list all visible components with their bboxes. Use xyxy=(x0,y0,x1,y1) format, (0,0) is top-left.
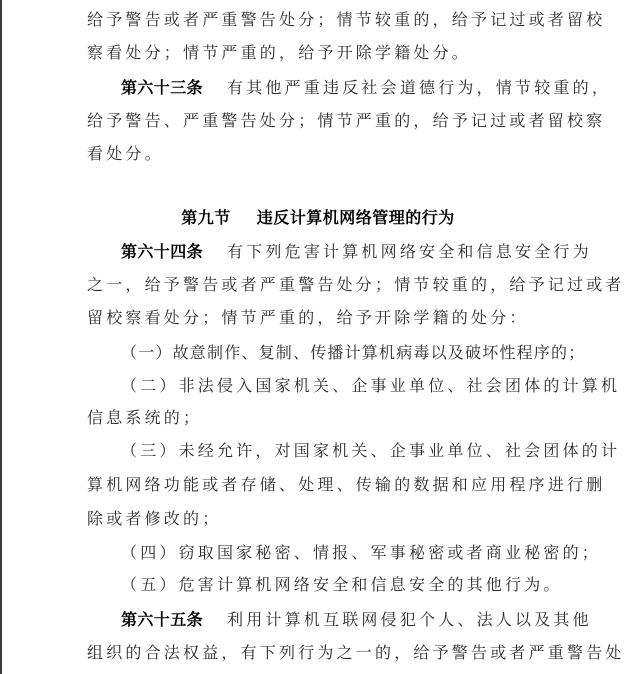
list-item: （二）非法侵入国家机关、企事业单位、社会团体的计算机 xyxy=(121,377,561,395)
article-label: 第六十四条 xyxy=(121,242,203,261)
paragraph-line: 之一，给予警告或者严重警告处分；情节较重的，给予记过或者 xyxy=(87,276,557,294)
paragraph-line: 组织的合法权益，有下列行为之一的，给予警告或者严重警告处 xyxy=(87,644,557,662)
paragraph-line: 察看处分；情节严重的，给予开除学籍处分。 xyxy=(87,44,557,62)
section-number: 第九节 xyxy=(181,208,231,227)
section-heading: 第九节违反计算机网络管理的行为 xyxy=(0,209,636,227)
list-item: （一）故意制作、复制、传播计算机病毒以及破坏性程序的； xyxy=(121,344,561,362)
article-label: 第六十五条 xyxy=(121,610,203,629)
article-text: 利用计算机互联网侵犯个人、法人以及其他 xyxy=(227,610,592,629)
article-65-line: 第六十五条利用计算机互联网侵犯个人、法人以及其他 xyxy=(121,611,561,629)
section-title: 违反计算机网络管理的行为 xyxy=(257,208,455,227)
list-item: （四）窃取国家秘密、情报、军事秘密或者商业秘密的； xyxy=(121,544,561,562)
paragraph-line: 算机网络功能或者存储、处理、传输的数据和应用程序进行删 xyxy=(87,476,557,494)
article-63-line: 第六十三条有其他严重违反社会道德行为，情节较重的， xyxy=(121,79,561,97)
document-page: 给予警告或者严重警告处分；情节较重的，给予记过或者留校 察看处分；情节严重的，给… xyxy=(0,0,636,674)
paragraph-line: 给予警告或者严重警告处分；情节较重的，给予记过或者留校 xyxy=(87,11,557,29)
article-text: 有其他严重违反社会道德行为，情节较重的， xyxy=(227,78,611,97)
paragraph-line: 看处分。 xyxy=(87,145,557,163)
paragraph-line: 除或者修改的； xyxy=(87,510,557,528)
article-64-line: 第六十四条有下列危害计算机网络安全和信息安全行为 xyxy=(121,243,561,261)
article-text: 有下列危害计算机网络安全和信息安全行为 xyxy=(227,242,592,261)
paragraph-line: 给予警告、严重警告处分；情节严重的，给予记过或者留校察 xyxy=(87,112,557,130)
list-item: （五）危害计算机网络安全和信息安全的其他行为。 xyxy=(121,576,561,594)
article-label: 第六十三条 xyxy=(121,78,203,97)
list-item: （三）未经允许，对国家机关、企事业单位、社会团体的计 xyxy=(121,442,561,460)
paragraph-line: 留校察看处分；情节严重的，给予开除学籍的处分： xyxy=(87,309,557,327)
paragraph-line: 信息系统的； xyxy=(87,409,557,427)
